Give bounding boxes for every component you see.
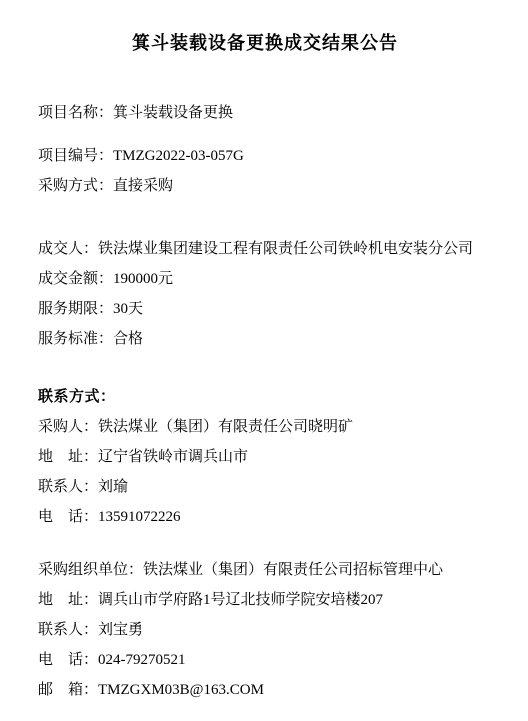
- project-code-value: TMZG2022-03-057G: [113, 148, 244, 164]
- service-standard-label: 服务标准：: [38, 331, 113, 347]
- procurement-method-value: 直接采购: [113, 178, 173, 194]
- buyer-address-label: 地 址：: [38, 449, 98, 465]
- buyer-phone-label: 电 话：: [38, 509, 98, 525]
- project-name-line: 项目名称：箕斗装载设备更换: [38, 98, 492, 128]
- organizer-unit-line: 采购组织单位：铁法煤业（集团）有限责任公司招标管理中心: [38, 555, 492, 585]
- buyer-line: 采购人：铁法煤业（集团）有限责任公司晓明矿: [38, 412, 492, 442]
- buyer-phone-value: 13591072226: [98, 509, 181, 525]
- service-period-line: 服务期限：30天: [38, 294, 492, 324]
- announcement-document: 箕斗装载设备更换成交结果公告 项目名称：箕斗装载设备更换 项目编号：TMZG20…: [0, 0, 528, 721]
- organizer-address-label: 地 址：: [38, 592, 98, 608]
- amount-label: 成交金额：: [38, 271, 113, 287]
- organizer-email-value: TMZGXM03B@163.COM: [98, 682, 264, 698]
- service-standard-value: 合格: [113, 331, 143, 347]
- buyer-phone-line: 电 话：13591072226: [38, 502, 492, 532]
- amount-value: 190000元: [113, 271, 173, 287]
- project-name-value: 箕斗装载设备更换: [113, 105, 233, 121]
- project-code-label: 项目编号：: [38, 148, 113, 164]
- amount-line: 成交金额：190000元: [38, 264, 492, 294]
- organizer-address-line: 地 址：调兵山市学府路1号辽北技师学院安培楼207: [38, 585, 492, 615]
- buyer-address-line: 地 址：辽宁省铁岭市调兵山市: [38, 442, 492, 472]
- organizer-contact-person-value: 刘宝勇: [98, 622, 143, 638]
- winner-label: 成交人：: [38, 241, 98, 257]
- service-standard-line: 服务标准：合格: [38, 324, 492, 354]
- buyer-value: 铁法煤业（集团）有限责任公司晓明矿: [98, 419, 353, 435]
- project-name-label: 项目名称：: [38, 105, 113, 121]
- organizer-unit-label: 采购组织单位：: [38, 562, 143, 578]
- organizer-address-value: 调兵山市学府路1号辽北技师学院安培楼207: [98, 592, 383, 608]
- buyer-contact-person-line: 联系人：刘瑜: [38, 472, 492, 502]
- procurement-method-line: 采购方式：直接采购: [38, 171, 492, 201]
- winner-value: 铁法煤业集团建设工程有限责任公司铁岭机电安装分公司: [98, 241, 473, 257]
- organizer-phone-label: 电 话：: [38, 652, 98, 668]
- contact-heading: 联系方式：: [38, 382, 492, 412]
- organizer-phone-line: 电 话：024-79270521: [38, 645, 492, 675]
- project-code-line: 项目编号：TMZG2022-03-057G: [38, 141, 492, 171]
- page-title: 箕斗装载设备更换成交结果公告: [38, 0, 492, 56]
- buyer-contact-person-value: 刘瑜: [98, 479, 128, 495]
- winner-line: 成交人：铁法煤业集团建设工程有限责任公司铁岭机电安装分公司: [38, 234, 492, 264]
- procurement-method-label: 采购方式：: [38, 178, 113, 194]
- organizer-email-label: 邮 箱：: [38, 682, 98, 698]
- organizer-email-line: 邮 箱：TMZGXM03B@163.COM: [38, 675, 492, 705]
- service-period-label: 服务期限：: [38, 301, 113, 317]
- buyer-contact-person-label: 联系人：: [38, 479, 98, 495]
- buyer-label: 采购人：: [38, 419, 98, 435]
- organizer-phone-value: 024-79270521: [98, 652, 186, 668]
- organizer-unit-value: 铁法煤业（集团）有限责任公司招标管理中心: [143, 562, 443, 578]
- organizer-contact-person-label: 联系人：: [38, 622, 98, 638]
- organizer-contact-person-line: 联系人：刘宝勇: [38, 615, 492, 645]
- service-period-value: 30天: [113, 301, 143, 317]
- buyer-address-value: 辽宁省铁岭市调兵山市: [98, 449, 248, 465]
